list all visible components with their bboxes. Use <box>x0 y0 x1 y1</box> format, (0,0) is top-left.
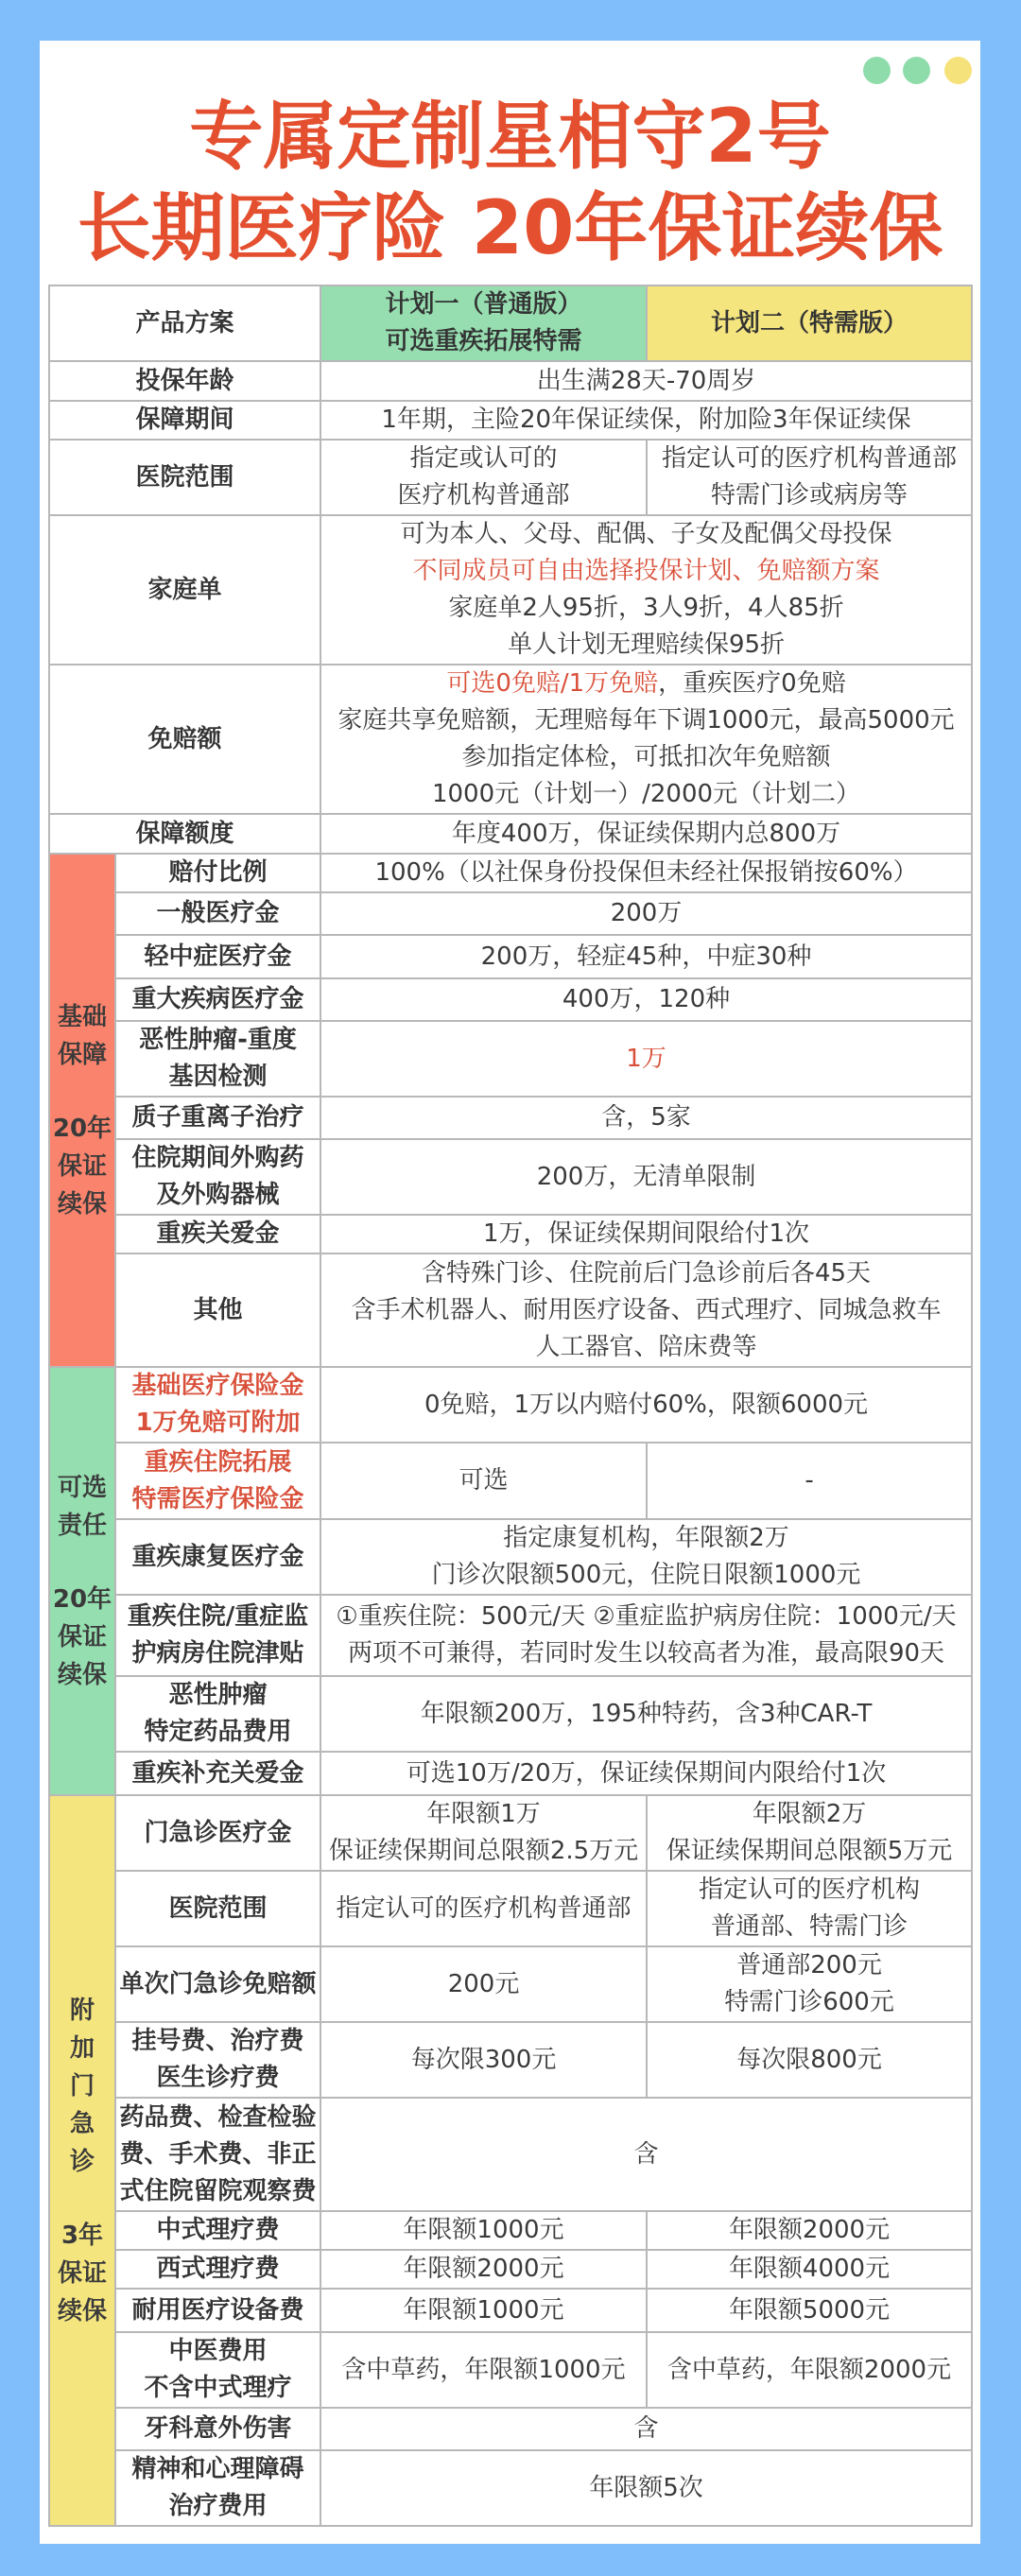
comparison-table: 产品方案 计划一（普通版） 可选重疾拓展特需 计划二（特需版） 投保年龄 出生满… <box>48 285 973 2527</box>
plan1-value: 年限额1万 保证续保期间总限额2.5万元 <box>320 1795 647 1871</box>
row-label: 重疾住院/重症监 护病房住院津贴 <box>115 1595 320 1676</box>
row-value: 0免赔，1万以内赔付60%，限额6000元 <box>320 1367 972 1443</box>
row-insured-age: 投保年龄 出生满28天-70周岁 <box>49 361 972 401</box>
table-row: 药品费、检查检验 费、手术费、非正 式住院留院观察费 含 <box>49 2098 972 2211</box>
row-label: 西式理疗费 <box>115 2250 320 2289</box>
row-value: 100%（以社保身份投保但未经社保报销按60%） <box>320 854 972 892</box>
plan1-value: 指定或认可的 医疗机构普通部 <box>320 440 647 515</box>
highlight-text: 不同成员可自由选择投保计划、免赔额方案 <box>321 553 971 590</box>
table-row: 可选 责任 20年 保证 续保 基础医疗保险金 1万免赔可附加 0免赔，1万以内… <box>49 1367 972 1443</box>
row-label: 中式理疗费 <box>115 2211 320 2250</box>
table-row: 精神和心理障碍 治疗费用 年限额5次 <box>49 2450 972 2526</box>
row-value: 含，5家 <box>320 1097 972 1139</box>
table-row: 中式理疗费 年限额1000元 年限额2000元 <box>49 2211 972 2250</box>
plan2-value: 含中草药，年限额2000元 <box>647 2332 972 2408</box>
plan1-value: 含中草药，年限额1000元 <box>320 2332 647 2408</box>
plan2-value: 年限额5000元 <box>647 2289 972 2332</box>
plan1-value: 可选 <box>320 1443 647 1519</box>
row-value: 年度400万，保证续保期内总800万 <box>320 814 972 854</box>
table-row: 附 加 门 急 诊 3年 保证 续保 门急诊医疗金 年限额1万 保证续保期间总限… <box>49 1795 972 1871</box>
table-row: 恶性肿瘤 特定药品费用 年限额200万，195种特药，含3种CAR-T <box>49 1676 972 1752</box>
plan1-value: 每次限300元 <box>320 2022 647 2098</box>
row-label: 其他 <box>115 1253 320 1367</box>
row-label: 挂号费、治疗费 医生诊疗费 <box>115 2022 320 2098</box>
plan2-value: 指定认可的医疗机构 普通部、特需门诊 <box>647 1871 972 1946</box>
page-title-line-2: 长期医疗险 20年保证续保 <box>40 183 980 274</box>
plan2-value: - <box>647 1443 972 1519</box>
row-coverage-period: 保障期间 1年期，主险20年保证续保，附加险3年保证续保 <box>49 401 972 440</box>
row-value: 指定康复机构，年限额2万 门诊次限额500元，住院日限额1000元 <box>320 1519 972 1595</box>
plan2-header: 计划二（特需版） <box>647 285 972 361</box>
row-label: 重疾康复医疗金 <box>115 1519 320 1595</box>
row-value: 400万，120种 <box>320 978 972 1021</box>
row-label: 赔付比例 <box>115 854 320 892</box>
row-value: 1万 <box>320 1021 972 1097</box>
row-value: 可为本人、父母、配偶、子女及配偶父母投保 不同成员可自由选择投保计划、免赔额方案… <box>320 515 972 665</box>
table-row: 挂号费、治疗费 医生诊疗费 每次限300元 每次限800元 <box>49 2022 972 2098</box>
row-value: 可选0免赔/1万免赔，重疾医疗0免赔 家庭共享免赔额，无理赔每年下调1000元，… <box>320 665 972 814</box>
table-row: 重疾关爱金 1万，保证续保期间限给付1次 <box>49 1215 972 1253</box>
table-row: 西式理疗费 年限额2000元 年限额4000元 <box>49 2250 972 2289</box>
row-value: 含特殊门诊、住院前后门急诊前后各45天 含手术机器人、耐用医疗设备、西式理疗、同… <box>320 1253 972 1367</box>
row-label: 医院范围 <box>115 1871 320 1946</box>
row-label: 重疾补充关爱金 <box>115 1752 320 1795</box>
row-value: 200万 <box>320 892 972 935</box>
plan1-value: 指定认可的医疗机构普通部 <box>320 1871 647 1946</box>
table-row: 重疾住院拓展 特需医疗保险金 可选 - <box>49 1443 972 1519</box>
row-label: 重疾关爱金 <box>115 1215 320 1253</box>
row-value: 含 <box>320 2098 972 2211</box>
plan2-value: 年限额2万 保证续保期间总限额5万元 <box>647 1795 972 1871</box>
row-value: 出生满28天-70周岁 <box>320 361 972 401</box>
table-header-row: 产品方案 计划一（普通版） 可选重疾拓展特需 计划二（特需版） <box>49 285 972 361</box>
table-row: 中医费用 不含中式理疗 含中草药，年限额1000元 含中草药，年限额2000元 <box>49 2332 972 2408</box>
table-row: 重疾补充关爱金 可选10万/20万，保证续保期间内限给付1次 <box>49 1752 972 1795</box>
table-row: 轻中症医疗金 200万，轻症45种，中症30种 <box>49 935 972 978</box>
row-family-policy: 家庭单 可为本人、父母、配偶、子女及配偶父母投保 不同成员可自由选择投保计划、免… <box>49 515 972 665</box>
row-label: 免赔额 <box>49 665 320 814</box>
row-label: 重大疾病医疗金 <box>115 978 320 1021</box>
row-label: 牙科意外伤害 <box>115 2408 320 2450</box>
row-label: 一般医疗金 <box>115 892 320 935</box>
section-label-optional-coverage: 可选 责任 20年 保证 续保 <box>49 1367 115 1795</box>
section-label-outpatient-rider: 附 加 门 急 诊 3年 保证 续保 <box>49 1795 115 2526</box>
table-row: 基础 保障 20年 保证 续保 赔付比例 100%（以社保身份投保但未经社保报销… <box>49 854 972 892</box>
page-title-line-1: 专属定制星相守2号 <box>40 92 980 182</box>
row-value: ①重疾住院：500元/天 ②重症监护病房住院：1000元/天 两项不可兼得，若同… <box>320 1595 972 1676</box>
row-sum-insured: 保障额度 年度400万，保证续保期内总800万 <box>49 814 972 854</box>
plan1-value: 年限额1000元 <box>320 2211 647 2250</box>
table-row: 牙科意外伤害 含 <box>49 2408 972 2450</box>
row-label: 质子重离子治疗 <box>115 1097 320 1139</box>
row-hospital-scope: 医院范围 指定或认可的 医疗机构普通部 指定认可的医疗机构普通部 特需门诊或病房… <box>49 440 972 515</box>
highlight-text: 1万 <box>321 1041 971 1078</box>
row-value: 含 <box>320 2408 972 2450</box>
green-dot-icon <box>863 57 891 84</box>
row-label: 恶性肿瘤 特定药品费用 <box>115 1676 320 1752</box>
plan1-header: 计划一（普通版） 可选重疾拓展特需 <box>320 285 647 361</box>
row-label-highlight: 重疾住院拓展 特需医疗保险金 <box>115 1443 320 1519</box>
table-row: 重大疾病医疗金 400万，120种 <box>49 978 972 1021</box>
row-value: 200万，轻症45种，中症30种 <box>320 935 972 978</box>
header-label: 产品方案 <box>49 285 320 361</box>
row-value: 1万，保证续保期间限给付1次 <box>320 1215 972 1253</box>
yellow-dot-icon <box>944 57 972 84</box>
section-label-basic-coverage: 基础 保障 20年 保证 续保 <box>49 854 115 1367</box>
row-value: 可选10万/20万，保证续保期间内限给付1次 <box>320 1752 972 1795</box>
table-row: 单次门急诊免赔额 200元 普通部200元 特需门诊600元 <box>49 1946 972 2022</box>
row-label: 药品费、检查检验 费、手术费、非正 式住院留院观察费 <box>115 2098 320 2211</box>
row-label: 单次门急诊免赔额 <box>115 1946 320 2022</box>
table-row: 重疾住院/重症监 护病房住院津贴 ①重疾住院：500元/天 ②重症监护病房住院：… <box>49 1595 972 1676</box>
row-label: 轻中症医疗金 <box>115 935 320 978</box>
row-value: 年限额5次 <box>320 2450 972 2526</box>
row-label: 医院范围 <box>49 440 320 515</box>
row-label: 恶性肿瘤-重度 基因检测 <box>115 1021 320 1097</box>
row-label: 住院期间外购药 及外购器械 <box>115 1139 320 1215</box>
row-label: 保障额度 <box>49 814 320 854</box>
green-dot-icon <box>903 57 930 84</box>
plan1-value: 年限额2000元 <box>320 2250 647 2289</box>
row-label: 中医费用 不含中式理疗 <box>115 2332 320 2408</box>
row-label: 耐用医疗设备费 <box>115 2289 320 2332</box>
plan2-value: 普通部200元 特需门诊600元 <box>647 1946 972 2022</box>
row-label-highlight: 基础医疗保险金 1万免赔可附加 <box>115 1367 320 1443</box>
row-value: 1年期，主险20年保证续保，附加险3年保证续保 <box>320 401 972 440</box>
row-deductible: 免赔额 可选0免赔/1万免赔，重疾医疗0免赔 家庭共享免赔额，无理赔每年下调10… <box>49 665 972 814</box>
plan2-value: 年限额4000元 <box>647 2250 972 2289</box>
table-row: 一般医疗金 200万 <box>49 892 972 935</box>
row-label: 投保年龄 <box>49 361 320 401</box>
table-row: 重疾康复医疗金 指定康复机构，年限额2万 门诊次限额500元，住院日限额1000… <box>49 1519 972 1595</box>
row-label: 精神和心理障碍 治疗费用 <box>115 2450 320 2526</box>
plan2-value: 年限额2000元 <box>647 2211 972 2250</box>
row-value: 200万，无清单限制 <box>320 1139 972 1215</box>
plan1-value: 200元 <box>320 1946 647 2022</box>
table-row: 住院期间外购药 及外购器械 200万，无清单限制 <box>49 1139 972 1215</box>
table-row: 其他 含特殊门诊、住院前后门急诊前后各45天 含手术机器人、耐用医疗设备、西式理… <box>49 1253 972 1367</box>
plan2-value: 指定认可的医疗机构普通部 特需门诊或病房等 <box>647 440 972 515</box>
table-row: 恶性肿瘤-重度 基因检测 1万 <box>49 1021 972 1097</box>
row-label: 门急诊医疗金 <box>115 1795 320 1871</box>
highlight-text: 可选0免赔/1万免赔 <box>446 669 658 698</box>
row-value: 年限额200万，195种特药，含3种CAR-T <box>320 1676 972 1752</box>
row-label: 保障期间 <box>49 401 320 440</box>
plan1-value: 年限额1000元 <box>320 2289 647 2332</box>
table-row: 质子重离子治疗 含，5家 <box>49 1097 972 1139</box>
table-row: 耐用医疗设备费 年限额1000元 年限额5000元 <box>49 2289 972 2332</box>
plan2-value: 每次限800元 <box>647 2022 972 2098</box>
table-row: 医院范围 指定认可的医疗机构普通部 指定认可的医疗机构 普通部、特需门诊 <box>49 1871 972 1946</box>
row-label: 家庭单 <box>49 515 320 665</box>
